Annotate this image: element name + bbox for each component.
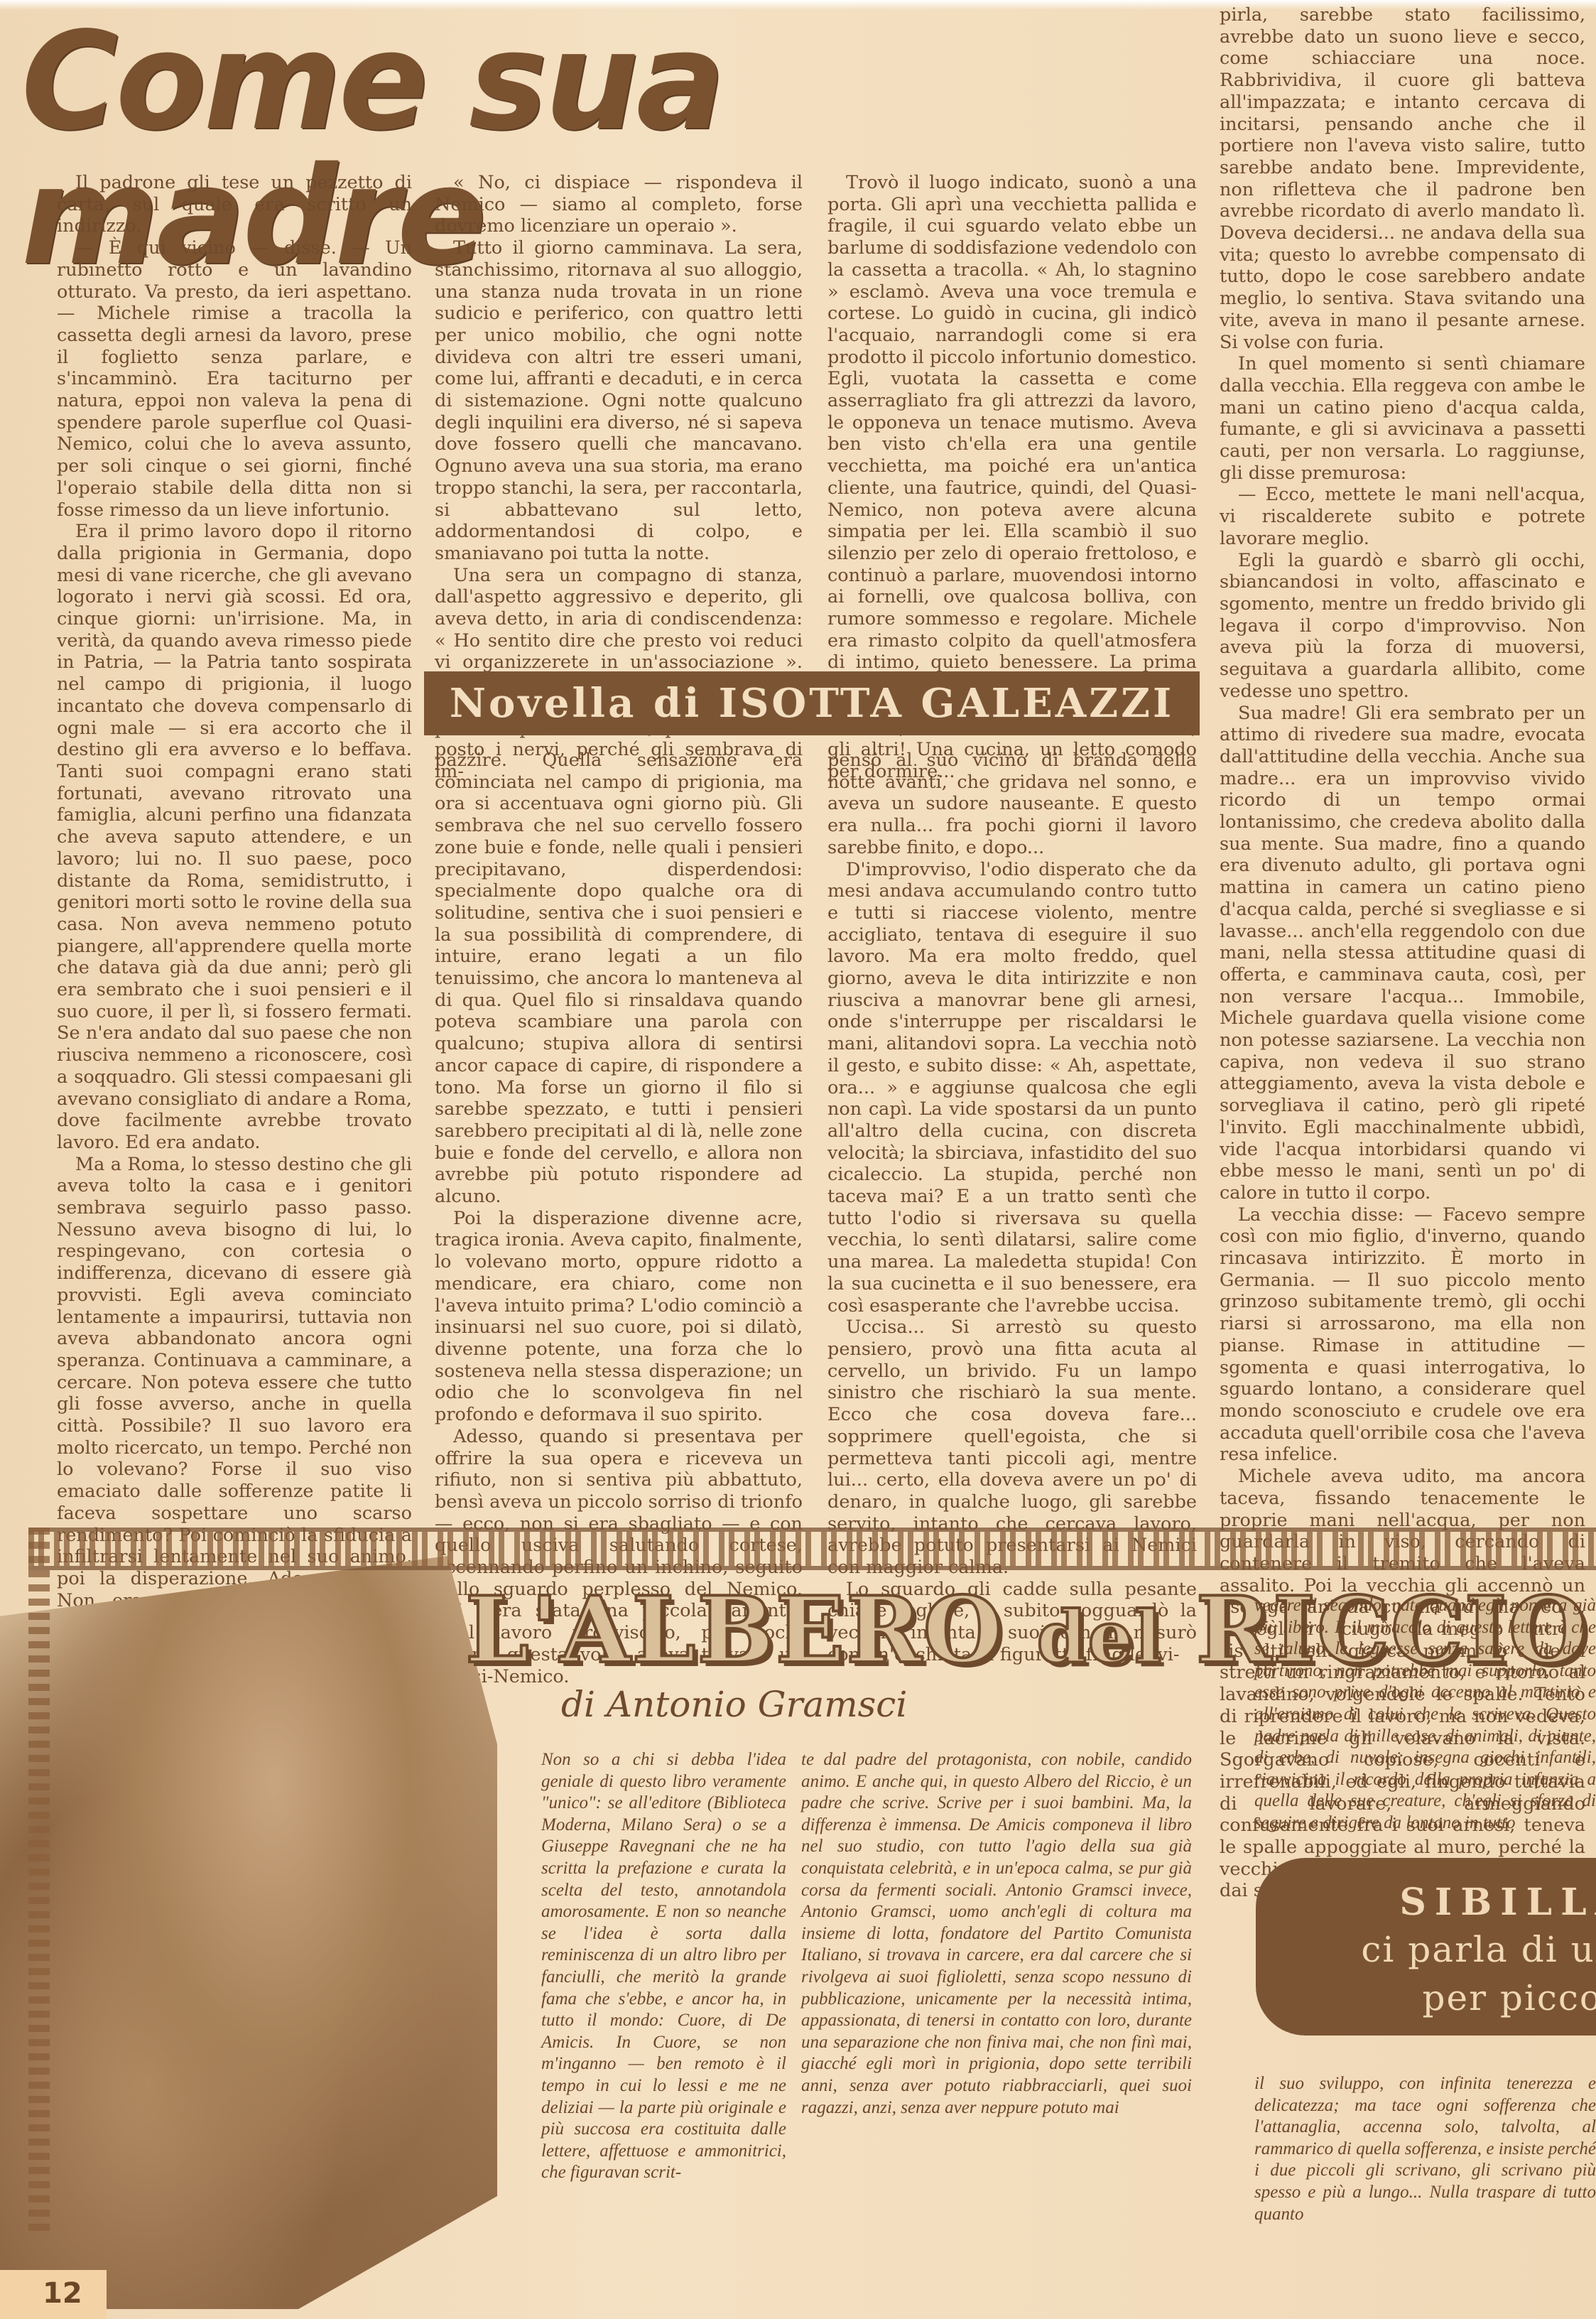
sibilla-box: SIBILLA ci parla di un per piccol: [1256, 1858, 1596, 2036]
sibilla-line-2: ci parla di un: [1361, 1929, 1596, 1970]
sibilla-line-1: SIBILLA: [1399, 1881, 1596, 1924]
review-column-2: te dal padre del protagonista, con nobil…: [801, 1749, 1192, 2119]
paragraph: In quel momento si sentì chiamare dalla …: [1220, 353, 1585, 484]
paragraph: Tutto il giorno camminava. La sera, stan…: [435, 237, 803, 565]
review-title-mid: del: [1037, 1595, 1163, 1679]
paragraph: La vecchia disse: — Facevo sempre così c…: [1220, 1204, 1585, 1466]
sibilla-line-3: per piccol: [1423, 1977, 1596, 2018]
review-title: L'ALBERO del RICCIO: [465, 1577, 1218, 1684]
story-title: Come sua madre: [21, 14, 1219, 149]
paragraph: pazzire. Quella sensazione era cominciat…: [435, 750, 803, 1208]
paragraph: — È qui vicino — disse. — Un rubinetto r…: [57, 237, 412, 521]
page-number: 12: [43, 2277, 82, 2310]
review-column-1: Non so a chi si debba l'idea geniale di …: [541, 1749, 786, 2184]
illustration-image: [0, 1556, 497, 2309]
byline-banner: Novella di ISOTTA GALEAZZI: [424, 671, 1200, 735]
ornamental-border: [28, 1528, 1596, 1570]
review-author: di Antonio Gramsci: [561, 1684, 907, 1725]
paragraph: Sua madre! Gli era sembrato per un attim…: [1220, 703, 1585, 1204]
paragraph: pensò al suo vicino di branda della nott…: [827, 750, 1197, 859]
paragraph: Poi la disperazione divenne acre, tragic…: [435, 1208, 803, 1426]
paragraph: Il padrone gli tese un pezzetto di carta…: [57, 172, 412, 237]
paragraph: D'improvviso, l'odio disperato che da me…: [827, 859, 1197, 1317]
ornamental-border-left: [28, 1528, 50, 2238]
paragraph: Egli la guardò e sbarrò gli occhi, sbian…: [1220, 550, 1585, 703]
paragraph: — Ecco, mettete le mani nell'acqua, vi r…: [1220, 484, 1585, 549]
paragraph: « No, ci dispiace — rispondeva il Nemico…: [435, 172, 803, 237]
review-title-main: L'ALBERO: [465, 1577, 1004, 1684]
paragraph: pirla, sarebbe stato facilissimo, avrebb…: [1220, 4, 1585, 353]
review-column-4: il suo sviluppo, con infinita tenerezza …: [1254, 2073, 1596, 2225]
magazine-page: Come sua madre Il padrone gli tese un pe…: [0, 0, 1596, 2319]
review-column-3: vedere il secondo, nato quand'egli non e…: [1254, 1595, 1596, 1834]
paragraph: Era il primo lavoro dopo il ritorno dall…: [57, 521, 412, 1153]
